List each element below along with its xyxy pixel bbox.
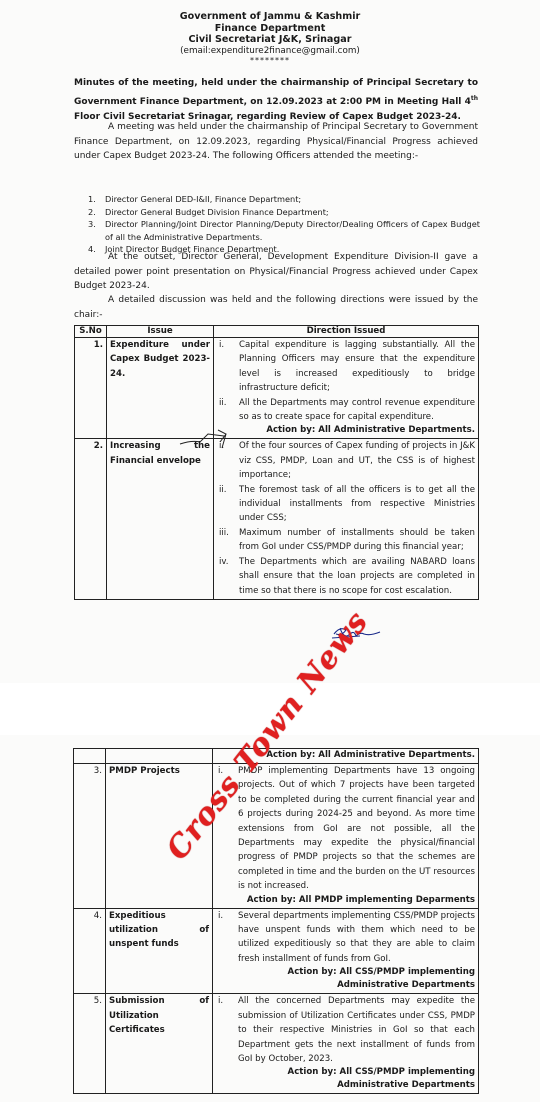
direction-item: iii.Maximum number of installments shoul… (217, 526, 475, 555)
cell-directions: i.Several departments implementing CSS/P… (213, 908, 479, 994)
directions-table-page-1: S.No Issue Direction Issued 1.Expenditur… (74, 325, 479, 600)
column-header-sno: S.No (75, 326, 107, 338)
direction-text: Maximum number of installments should be… (239, 526, 475, 555)
cell-directions: i.All the concerned Departments may expe… (213, 994, 479, 1094)
table-row: 4.Expeditious utilization of unspent fun… (74, 908, 479, 994)
direction-text: The foremost task of all the officers is… (239, 483, 475, 526)
table-row: Action by: All Administrative Department… (74, 749, 479, 764)
cell-issue: Expeditious utilization of unspent funds (106, 908, 213, 994)
action-by: Action by: All CSS/PMDP implementing Adm… (216, 966, 475, 992)
cell-issue: Increasing the Financial envelope (107, 439, 214, 599)
cell-directions: i.Of the four sources of Capex funding o… (214, 439, 479, 599)
page-gap (0, 683, 540, 735)
direction-text: All the Departments may control revenue … (239, 396, 475, 425)
direction-text: Capital expenditure is lagging substanti… (239, 338, 475, 396)
document-page-1: Government of Jammu & Kashmir Finance De… (0, 0, 540, 683)
direction-item: i.All the concerned Departments may expe… (216, 994, 475, 1066)
letterhead-separator: ******** (0, 56, 540, 65)
cell-issue: PMDP Projects (106, 764, 213, 909)
direction-item: i.Of the four sources of Capex funding o… (217, 439, 475, 482)
letterhead: Government of Jammu & Kashmir Finance De… (0, 11, 540, 65)
handwritten-arrow-icon (178, 420, 238, 450)
attendee-text: Director General DED-I&II, Finance Depar… (105, 193, 480, 206)
table-row: 5.Submission of Utilization Certificates… (74, 994, 479, 1094)
subject-text: Minutes of the meeting, held under the c… (74, 78, 478, 107)
table-row: 3.PMDP Projectsi.PMDP implementing Depar… (74, 764, 479, 909)
attendee-text: Director General Budget Division Finance… (105, 206, 480, 219)
direction-number: ii. (217, 483, 239, 526)
meeting-subject: Minutes of the meeting, held under the c… (74, 76, 478, 125)
direction-number: i. (216, 909, 238, 967)
letterhead-office: Civil Secretariat J&K, Srinagar (0, 34, 540, 46)
cell-sno: 4. (74, 908, 106, 994)
signature-icon (330, 624, 390, 644)
direction-text: Of the four sources of Capex funding of … (239, 439, 475, 482)
action-by: Action by: All PMDP implementing Deparme… (216, 894, 475, 907)
attendee-list: 1.Director General DED-I&II, Finance Dep… (88, 193, 480, 256)
direction-number: iv. (217, 555, 239, 598)
direction-item: ii.The foremost task of all the officers… (217, 483, 475, 526)
attendee-item: 3.Director Planning/Joint Director Plann… (88, 218, 480, 243)
discussion-text: A detailed discussion was held and the f… (74, 295, 478, 320)
attendee-number: 2. (88, 206, 105, 219)
cell-sno: 5. (74, 994, 106, 1094)
cell-directions: Action by: All Administrative Department… (213, 749, 479, 764)
attendee-number: 3. (88, 218, 105, 243)
cell-sno: 3. (74, 764, 106, 909)
cell-sno: 1. (75, 338, 107, 439)
cell-directions: i.Capital expenditure is lagging substan… (214, 338, 479, 439)
direction-item: ii.All the Departments may control reven… (217, 396, 475, 425)
direction-text: All the concerned Departments may expedi… (238, 994, 475, 1066)
table-row: 2.Increasing the Financial envelopei.Of … (75, 439, 479, 599)
cell-issue (106, 749, 213, 764)
attendee-number: 1. (88, 193, 105, 206)
attendee-text: Director Planning/Joint Director Plannin… (105, 218, 480, 243)
direction-text: Several departments implementing CSS/PMD… (238, 909, 475, 967)
action-by: Action by: All Administrative Department… (216, 749, 475, 762)
cell-sno (74, 749, 106, 764)
presentation-paragraph: At the outset, Director General, Develop… (74, 250, 478, 294)
cell-issue: Submission of Utilization Certificates (106, 994, 213, 1094)
intro-text: A meeting was held under the chairmanshi… (74, 122, 478, 161)
directions-table-page-2: Action by: All Administrative Department… (73, 748, 479, 1094)
direction-number: i. (216, 994, 238, 1066)
letterhead-government: Government of Jammu & Kashmir (0, 11, 540, 23)
direction-item: i.Capital expenditure is lagging substan… (217, 338, 475, 396)
action-by: Action by: All Administrative Department… (217, 424, 475, 437)
table-row: 1.Expenditure under Capex Budget 2023-24… (75, 338, 479, 439)
direction-number: i. (216, 764, 238, 894)
column-header-direction: Direction Issued (214, 326, 479, 338)
action-by: Action by: All CSS/PMDP implementing Adm… (216, 1066, 475, 1092)
direction-number: i. (217, 338, 239, 396)
direction-item: i.PMDP implementing Departments have 13 … (216, 764, 475, 894)
attendee-item: 2.Director General Budget Division Finan… (88, 206, 480, 219)
discussion-paragraph: A detailed discussion was held and the f… (74, 293, 478, 322)
attendee-item: 1.Director General DED-I&II, Finance Dep… (88, 193, 480, 206)
column-header-issue: Issue (107, 326, 214, 338)
cell-directions: i.PMDP implementing Departments have 13 … (213, 764, 479, 909)
subject-superscript: th (471, 95, 478, 102)
letterhead-email: (email:expenditure2finance@gmail.com) (0, 46, 540, 57)
direction-item: i.Several departments implementing CSS/P… (216, 909, 475, 967)
intro-paragraph: A meeting was held under the chairmanshi… (74, 120, 478, 164)
direction-text: The Departments which are availing NABAR… (239, 555, 475, 598)
direction-text: PMDP implementing Departments have 13 on… (238, 764, 475, 894)
presentation-text: At the outset, Director General, Develop… (74, 252, 478, 291)
letterhead-department: Finance Department (0, 23, 540, 35)
direction-item: iv.The Departments which are availing NA… (217, 555, 475, 598)
cell-sno: 2. (75, 439, 107, 599)
direction-number: iii. (217, 526, 239, 555)
